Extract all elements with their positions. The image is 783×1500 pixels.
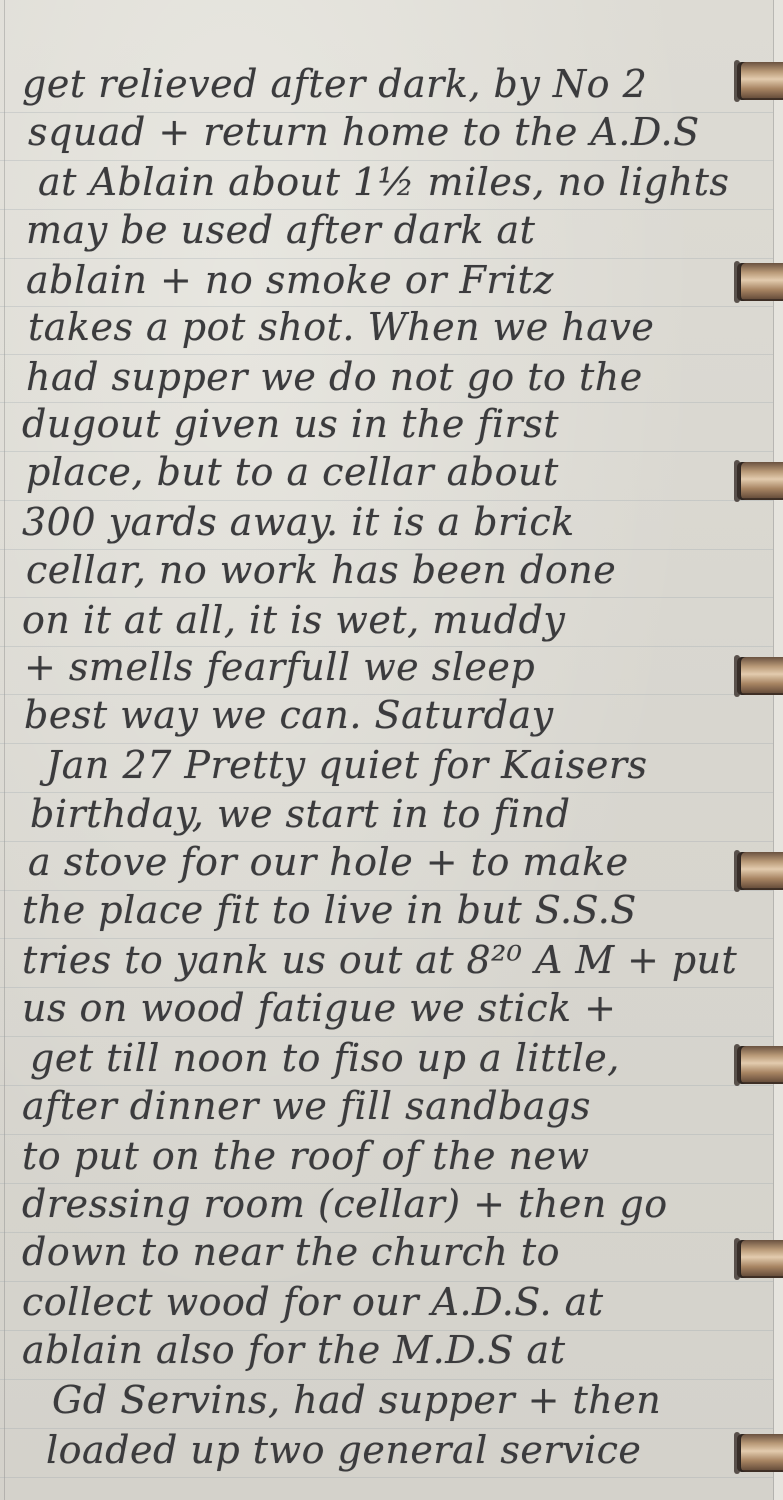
handwritten-line: tries to yank us out at 8²⁰ A M + put bbox=[22, 938, 737, 982]
handwritten-line: birthday, we start in to find bbox=[30, 792, 570, 836]
handwritten-line: to put on the roof of the new bbox=[22, 1134, 590, 1178]
handwritten-line: at Ablain about 1½ miles, no lights bbox=[38, 160, 729, 204]
handwritten-line: Gd Servins, had supper + then bbox=[52, 1378, 661, 1422]
handwritten-line: place, but to a cellar about bbox=[26, 450, 559, 494]
handwritten-line: get till noon to fiso up a little, bbox=[30, 1036, 620, 1080]
spiral-ring bbox=[737, 263, 783, 301]
handwritten-line: loaded up two general service bbox=[46, 1428, 641, 1472]
handwritten-line: had supper we do not go to the bbox=[26, 355, 643, 399]
handwritten-line: ablain + no smoke or Fritz bbox=[26, 258, 554, 302]
handwritten-line: on it at all, it is wet, muddy bbox=[22, 598, 565, 642]
handwritten-line: dressing room (cellar) + then go bbox=[22, 1182, 668, 1226]
handwritten-line: after dinner we fill sandbags bbox=[22, 1084, 591, 1128]
handwritten-line: Jan 27 Pretty quiet for Kaisers bbox=[46, 743, 648, 787]
spiral-ring bbox=[737, 1046, 783, 1084]
handwritten-line: the place fit to live in but S.S.S bbox=[22, 888, 637, 932]
handwritten-line: + smells fearfull we sleep bbox=[24, 645, 535, 689]
handwritten-line: a stove for our hole + to make bbox=[28, 840, 629, 884]
spiral-ring bbox=[737, 1434, 783, 1472]
handwritten-line: ablain also for the M.D.S at bbox=[22, 1328, 565, 1372]
handwritten-line: dugout given us in the first bbox=[22, 402, 559, 446]
spiral-ring bbox=[737, 1240, 783, 1278]
notebook-page: get relieved after dark, by No 2 squad +… bbox=[0, 0, 783, 1500]
ruled-line bbox=[0, 1477, 773, 1478]
spiral-ring bbox=[737, 852, 783, 890]
handwritten-line: best way we can. Saturday bbox=[24, 693, 554, 737]
handwritten-line: may be used after dark at bbox=[26, 208, 535, 252]
handwritten-line: down to near the church to bbox=[22, 1230, 560, 1274]
handwritten-line: squad + return home to the A.D.S bbox=[28, 110, 700, 154]
spiral-ring bbox=[737, 657, 783, 695]
page-left-edge bbox=[4, 0, 5, 1500]
spiral-ring bbox=[737, 62, 783, 100]
handwritten-line: get relieved after dark, by No 2 bbox=[22, 62, 647, 106]
handwritten-line: collect wood for our A.D.S. at bbox=[22, 1280, 604, 1324]
handwritten-line: us on wood fatigue we stick + bbox=[22, 986, 616, 1030]
spiral-ring bbox=[737, 462, 783, 500]
handwritten-line: cellar, no work has been done bbox=[26, 548, 616, 592]
handwritten-line: 300 yards away. it is a brick bbox=[22, 500, 575, 544]
handwritten-line: takes a pot shot. When we have bbox=[28, 305, 654, 349]
